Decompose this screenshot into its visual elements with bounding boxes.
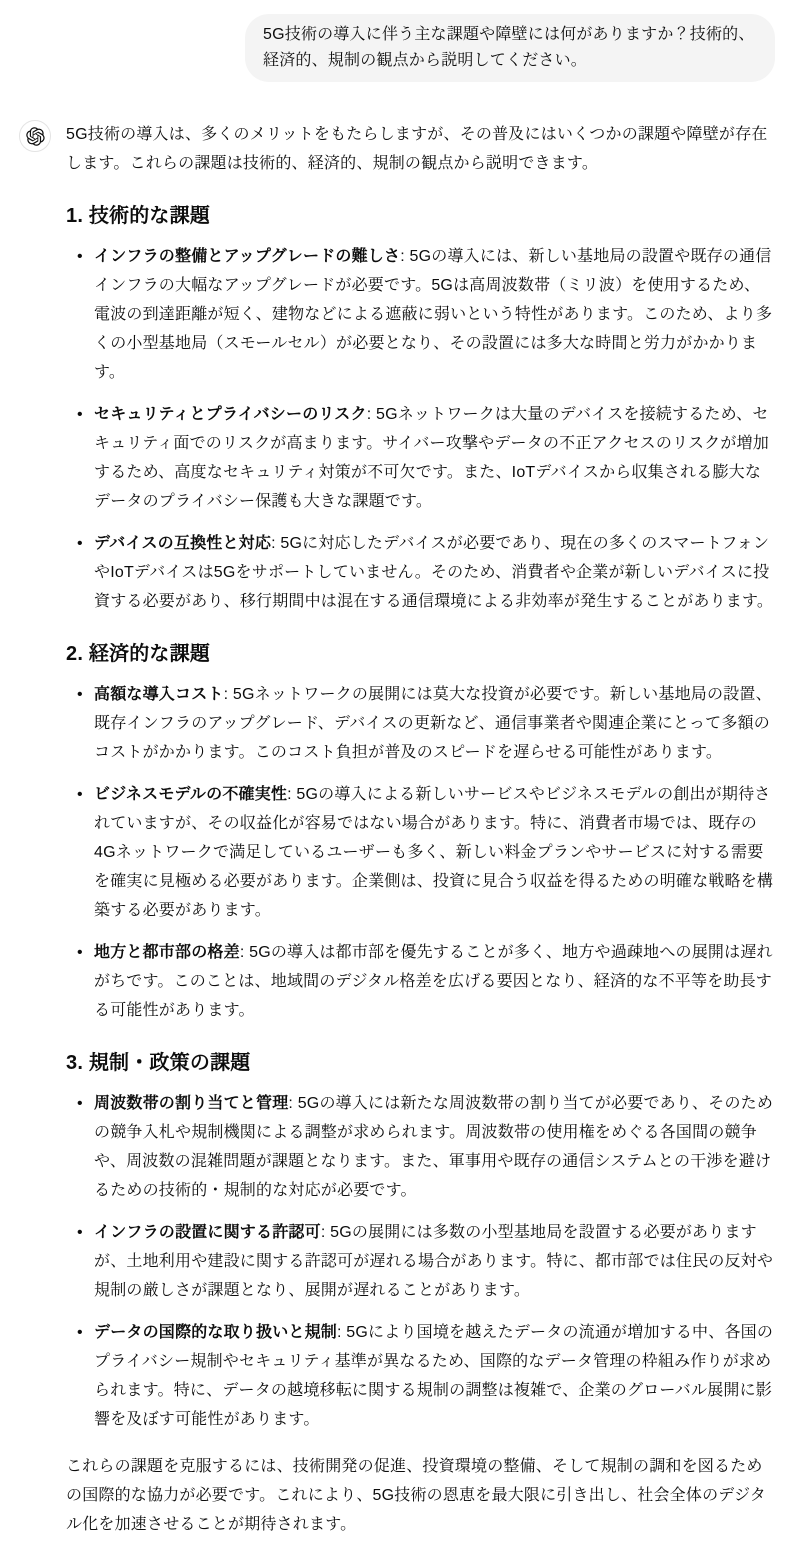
bullet-term: インフラの整備とアップグレードの難しさ (94, 248, 400, 265)
list-item: インフラの整備とアップグレードの難しさ: 5Gの導入には、新しい基地局の設置や既… (94, 242, 775, 387)
list-item: デバイスの互換性と対応: 5Gに対応したデバイスが必要であり、現在の多くのスマー… (94, 529, 775, 616)
user-message-bubble: 5G技術の導入に伴う主な課題や障壁には何がありますか？技術的、経済的、規制の観点… (245, 14, 775, 82)
list-item: 地方と都市部の格差: 5Gの導入は都市部を優先することが多く、地方や過疎地への展… (94, 938, 775, 1025)
section-heading-economic: 2. 経済的な課題 (66, 640, 775, 668)
assistant-outro-paragraph: これらの課題を克服するには、技術開発の促進、投資環境の整備、そして規制の調和を図… (66, 1452, 775, 1539)
assistant-avatar (19, 120, 51, 152)
assistant-intro-paragraph: 5G技術の導入は、多くのメリットをもたらしますが、その普及にはいくつかの課題や障… (66, 120, 775, 178)
bullet-term: データの国際的な取り扱いと規制 (94, 1324, 337, 1341)
bullet-term: 周波数帯の割り当てと管理 (94, 1095, 288, 1112)
bullet-text: : 5Gの導入による新しいサービスやビジネスモデルの創出が期待されていますが、そ… (94, 786, 773, 919)
list-item: ビジネスモデルの不確実性: 5Gの導入による新しいサービスやビジネスモデルの創出… (94, 780, 775, 925)
bullet-list-economic: 高額な導入コスト: 5Gネットワークの展開には莫大な投資が必要です。新しい基地局… (66, 680, 775, 1025)
bullet-list-regulatory: 周波数帯の割り当てと管理: 5Gの導入には新たな周波数帯の割り当てが必要であり、… (66, 1089, 775, 1434)
list-item: インフラの設置に関する許認可: 5Gの展開には多数の小型基地局を設置する必要があ… (94, 1218, 775, 1305)
assistant-message-content: 5G技術の導入は、多くのメリットをもたらしますが、その普及にはいくつかの課題や障… (66, 120, 775, 1539)
bullet-term: 地方と都市部の格差 (94, 944, 240, 961)
user-message-row: 5G技術の導入に伴う主な課題や障壁には何がありますか？技術的、経済的、規制の観点… (19, 14, 775, 82)
bullet-text: : 5Gの導入には、新しい基地局の設置や既存の通信インフラの大幅なアップグレード… (94, 248, 772, 381)
bullet-term: デバイスの互換性と対応 (94, 535, 271, 552)
openai-logo-icon (26, 127, 45, 146)
section-heading-regulatory: 3. 規制・政策の課題 (66, 1049, 775, 1077)
bullet-term: セキュリティとプライバシーのリスク (94, 406, 367, 423)
list-item: 周波数帯の割り当てと管理: 5Gの導入には新たな周波数帯の割り当てが必要であり、… (94, 1089, 775, 1205)
bullet-term: インフラの設置に関する許認可 (94, 1224, 321, 1241)
list-item: 高額な導入コスト: 5Gネットワークの展開には莫大な投資が必要です。新しい基地局… (94, 680, 775, 767)
chat-conversation: 5G技術の導入に伴う主な課題や障壁には何がありますか？技術的、経済的、規制の観点… (0, 0, 794, 1563)
bullet-term: ビジネスモデルの不確実性 (94, 786, 287, 803)
assistant-message-row: 5G技術の導入は、多くのメリットをもたらしますが、その普及にはいくつかの課題や障… (19, 120, 775, 1539)
section-heading-technical: 1. 技術的な課題 (66, 202, 775, 230)
bullet-term: 高額な導入コスト (94, 686, 224, 703)
list-item: データの国際的な取り扱いと規制: 5Gにより国境を越えたデータの流通が増加する中… (94, 1318, 775, 1434)
bullet-list-technical: インフラの整備とアップグレードの難しさ: 5Gの導入には、新しい基地局の設置や既… (66, 242, 775, 616)
list-item: セキュリティとプライバシーのリスク: 5Gネットワークは大量のデバイスを接続する… (94, 400, 775, 516)
